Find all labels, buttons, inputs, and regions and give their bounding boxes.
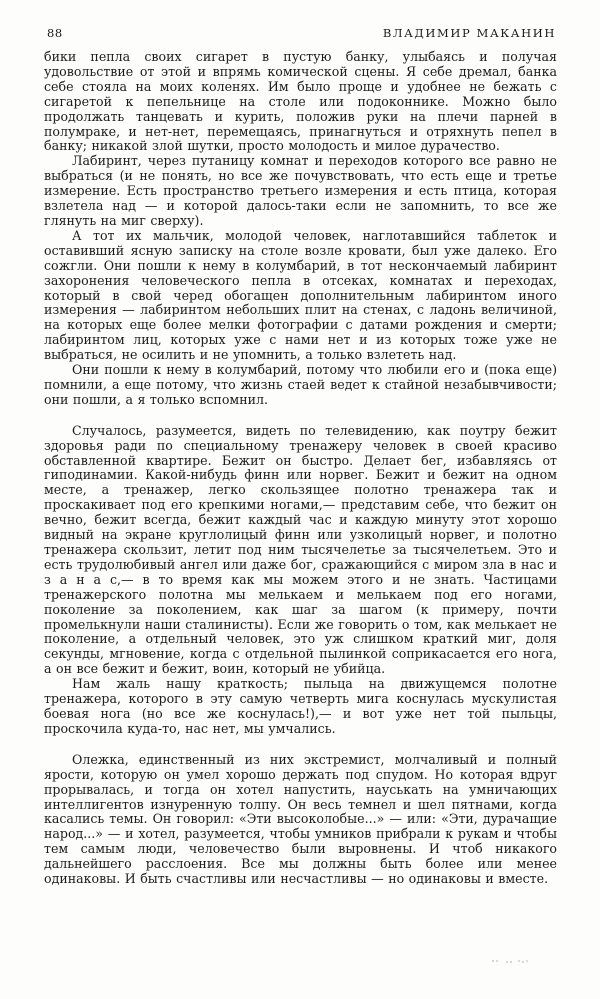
paragraph: Лабиринт, через путаницу комнат и перехо… bbox=[44, 154, 557, 229]
paragraph: Нам жаль нашу краткость; пыльца на движу… bbox=[44, 677, 557, 737]
paragraph: Случалось, разумеется, видеть по телевид… bbox=[44, 424, 557, 677]
paragraph-continuation: бики пепла своих сигарет в пустую банку,… bbox=[44, 50, 557, 154]
paragraph: Олежка, единственный из них экстремист, … bbox=[44, 753, 557, 887]
page-number: 88 bbox=[47, 27, 63, 40]
scan-artifact-dots bbox=[492, 959, 532, 963]
paragraph: Они пошли к нему в колумбарий, потому чт… bbox=[44, 363, 557, 408]
page-header: 88 ВЛАДИМИР МАКАНИН bbox=[47, 27, 556, 40]
book-page: 88 ВЛАДИМИР МАКАНИН бики пепла своих сиг… bbox=[0, 0, 600, 999]
page-body: бики пепла своих сигарет в пустую банку,… bbox=[44, 50, 557, 887]
paragraph: А тот их мальчик, молодой человек, нагло… bbox=[44, 229, 557, 363]
running-header-author: ВЛАДИМИР МАКАНИН bbox=[383, 27, 556, 40]
